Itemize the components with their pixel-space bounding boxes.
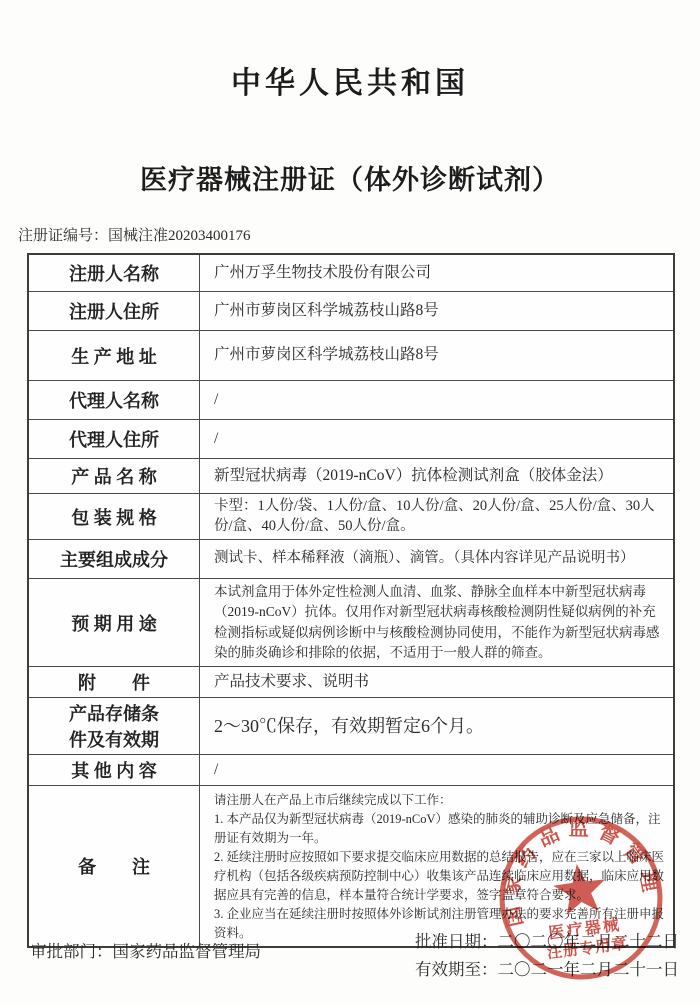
table-row: 注册人住所 广州市萝岗区科学城荔枝山路8号 [29,292,673,331]
table-row: 生 产 地 址 广州市萝岗区科学城荔枝山路8号 [29,331,673,381]
table-row: 产 品 名 称 新型冠状病毒（2019-nCoV）抗体检测试剂盒（胶体金法） [29,459,673,494]
approval-department-value: 国家药品监督管理局 [113,942,262,961]
certificate-page: 中华人民共和国 医疗器械注册证（体外诊断试剂） 注册证编号：国械注准202034… [0,0,700,1004]
row-label: 预 期 用 途 [29,579,200,666]
row-value: 卡型：1人份/袋、1人份/盒、10人份/盒、20人份/盒、25人份/盒、30人份… [200,494,673,539]
table-row: 主要组成成分 测试卡、样本稀释液（滴瓶）、滴管。（具体内容详见产品说明书） [29,540,673,579]
svg-text:国家药品监督管理局: 国家药品监督管理局 [485,802,664,931]
table-row: 附 件 产品技术要求、说明书 [29,667,673,698]
row-value: 广州市萝岗区科学城荔枝山路8号 [200,331,673,380]
row-label: 生 产 地 址 [29,331,200,380]
valid-until-label: 有效期至： [415,960,498,979]
row-value: 2～30℃保存，有效期暂定6个月。 [200,698,673,754]
certificate-number: 注册证编号：国械注准20203400176 [18,224,251,245]
row-value: 新型冠状病毒（2019-nCoV）抗体检测试剂盒（胶体金法） [200,459,673,493]
approval-department-label: 审批部门： [30,942,113,961]
table-row: 产品存储条件及有效期 2～30℃保存，有效期暂定6个月。 [29,698,673,755]
table-row: 注册人名称 广州万孚生物技术股份有限公司 [29,255,673,292]
row-label: 备 注 [29,786,200,946]
row-label: 代理人住所 [29,420,200,458]
official-seal-icon: 国家药品监督管理局 医疗器械 注册专用章 [485,802,677,994]
remark-line: 请注册人在产品上市后继续完成以下工作： [214,791,665,810]
row-label: 主要组成成分 [29,540,200,578]
row-value: 测试卡、样本稀释液（滴瓶）、滴管。（具体内容详见产品说明书） [200,540,673,578]
table-row: 包 装 规 格 卡型：1人份/袋、1人份/盒、10人份/盒、20人份/盒、25人… [29,494,673,540]
row-label: 代理人名称 [29,381,200,419]
row-label: 产 品 名 称 [29,459,200,493]
seal-ring-text: 国家药品监督管理局 [485,802,664,931]
row-value: / [200,381,673,419]
row-label: 附 件 [29,667,200,697]
row-label: 包 装 规 格 [29,494,200,539]
row-label: 其 他 内 容 [29,755,200,785]
seal-star-icon [551,861,609,916]
approval-date-label: 批准日期： [415,932,498,951]
row-value: 本试剂盒用于体外定性检测人血清、血浆、静脉全血样本中新型冠状病毒（2019-nC… [200,579,673,666]
row-value: 产品技术要求、说明书 [200,667,673,697]
row-value: 广州万孚生物技术股份有限公司 [200,255,673,291]
table-row: 其 他 内 容 / [29,755,673,786]
row-label: 注册人名称 [29,255,200,291]
table-row: 代理人住所 / [29,420,673,459]
table-row: 预 期 用 途 本试剂盒用于体外定性检测人血清、血浆、静脉全血样本中新型冠状病毒… [29,579,673,667]
country-title: 中华人民共和国 [0,58,700,102]
row-value: / [200,420,673,458]
certificate-title: 医疗器械注册证（体外诊断试剂） [0,158,700,197]
row-label: 产品存储条件及有效期 [29,698,200,754]
row-value: / [200,755,673,785]
approval-department: 审批部门：国家药品监督管理局 [30,938,261,962]
table-row: 代理人名称 / [29,381,673,420]
row-label: 注册人住所 [29,292,200,330]
row-value: 广州市萝岗区科学城荔枝山路8号 [200,292,673,330]
